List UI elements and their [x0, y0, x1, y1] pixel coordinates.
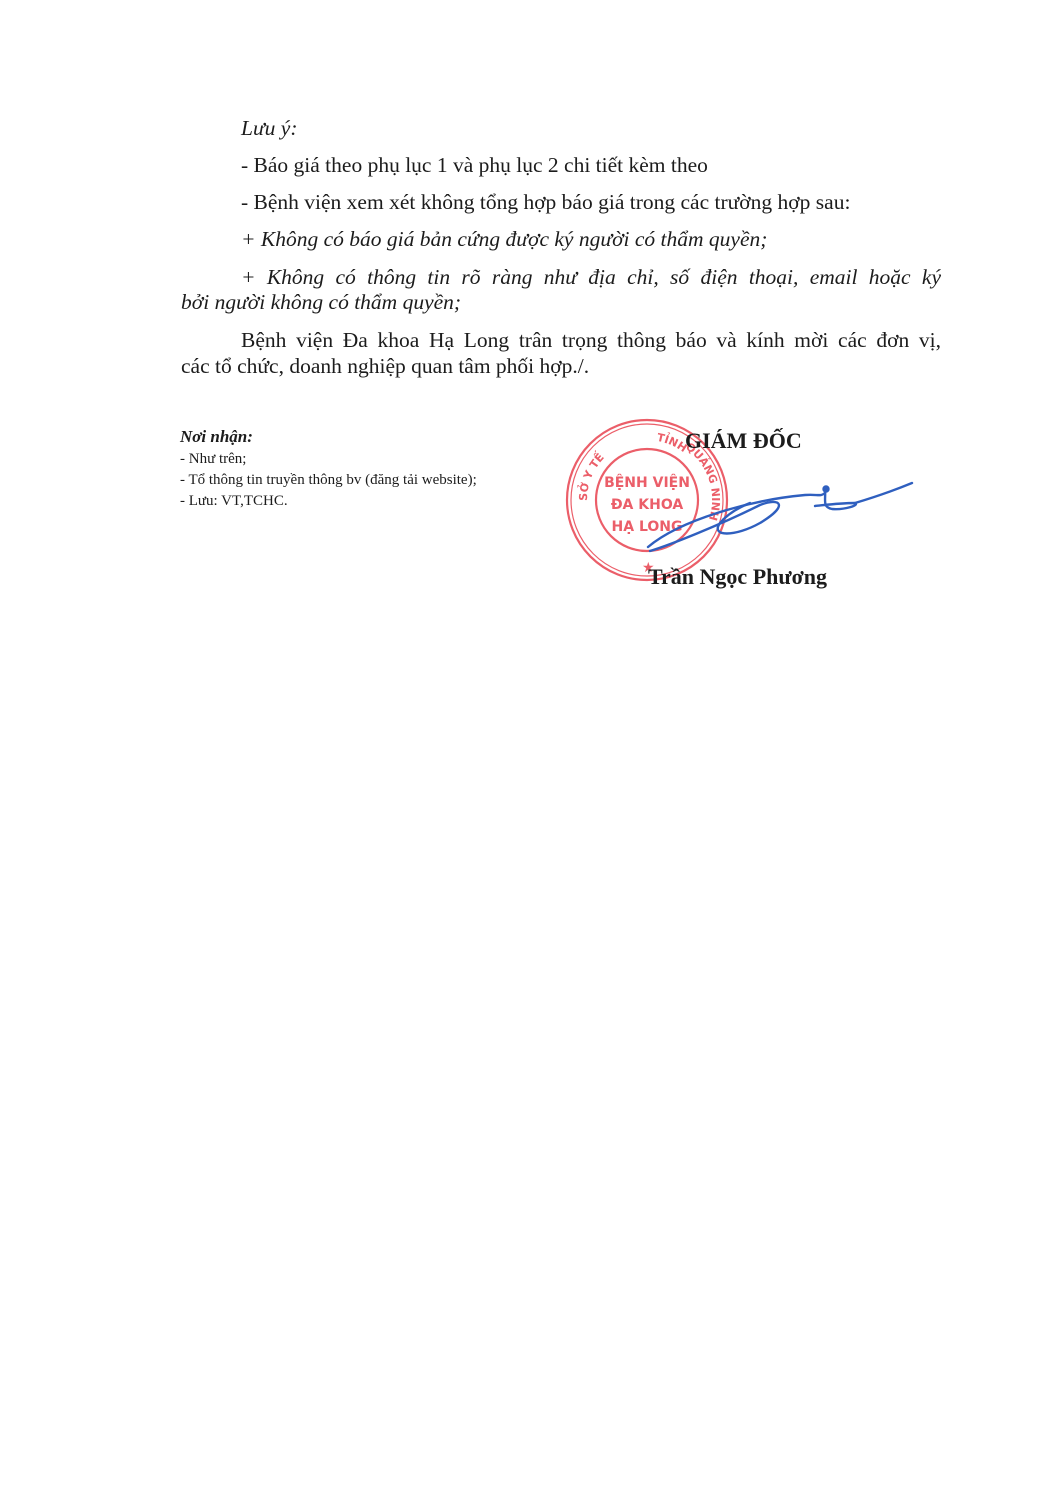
- note-item-3: + Không có báo giá bản cứng được ký ngườ…: [241, 229, 767, 251]
- signer-position: GIÁM ĐỐC: [685, 430, 802, 452]
- recipient-item: - Như trên;: [180, 452, 246, 467]
- note-title: Lưu ý:: [241, 118, 298, 140]
- recipient-item: - Tổ thông tin truyền thông bv (đăng tải…: [180, 473, 477, 488]
- recipients-title: Nơi nhận:: [180, 428, 253, 445]
- note-item-1: - Báo giá theo phụ lục 1 và phụ lục 2 ch…: [241, 155, 708, 177]
- note-item-2: - Bệnh viện xem xét không tổng hợp báo g…: [241, 192, 850, 214]
- handwritten-signature: [640, 475, 920, 565]
- closing-line-2: các tổ chức, doanh nghiệp quan tâm phối …: [181, 356, 589, 378]
- note-item-4-line-2: bởi người không có thẩm quyền;: [181, 292, 461, 314]
- signer-name: Trần Ngọc Phương: [648, 566, 827, 588]
- recipient-item: - Lưu: VT,TCHC.: [180, 494, 288, 509]
- note-item-4-line-1: + Không có thông tin rõ ràng như địa chỉ…: [241, 267, 941, 289]
- closing-line-1: Bệnh viện Đa khoa Hạ Long trân trọng thô…: [241, 330, 941, 352]
